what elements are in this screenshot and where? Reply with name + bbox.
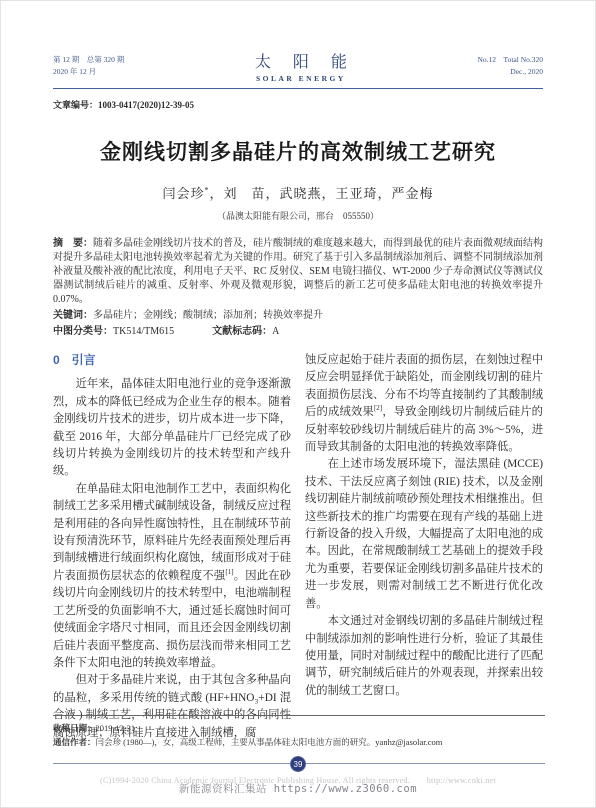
issue-number-en: No.12 Total No.320	[477, 54, 543, 66]
left-column: 0 引言 近年来，晶体硅太阳电池行业的竞争逐渐激烈，成本的降低已经成为企业生存的…	[53, 352, 291, 742]
paragraph: 蚀反应起始于硅片表面的损伤层，在刻蚀过程中反应会明显择优于缺陷处，而金刚线切割的…	[305, 352, 543, 456]
journal-title-cn: 太 阳 能	[246, 49, 356, 72]
doc-code-value: A	[272, 326, 279, 337]
coauthor-names: ，刘 苗，武晓燕，王亚琦，严金梅	[210, 186, 434, 201]
doc-code-label: 文献标志码：	[212, 326, 272, 337]
author-line: 闫会珍*，刘 苗，武晓燕，王亚琦，严金梅	[53, 183, 543, 202]
journal-title-block: 太 阳 能 SOLAR ENERGY	[246, 49, 356, 83]
received-date-value: 2019-12-31	[96, 723, 136, 733]
citation-ref-2: [2]	[374, 404, 382, 412]
clc-label: 中图分类号：	[53, 326, 113, 337]
citation-ref-1: [1]	[225, 568, 233, 576]
journal-masthead: 第 12 期 总第 320 期 2020 年 12 月 太 阳 能 SOLAR …	[53, 49, 543, 89]
corresponding-author-bio: 闫会珍 (1980—)，女，高级工程师，主要从事晶体硅太阳电池方面的研究。yan…	[96, 737, 443, 747]
section-heading-introduction: 0 引言	[53, 352, 291, 369]
issue-number-cn: 第 12 期 总第 320 期	[53, 54, 124, 66]
journal-title-en: SOLAR ENERGY	[246, 74, 356, 83]
affiliation: （晶澳太阳能有限公司，邢台 055550）	[53, 209, 543, 222]
footnote-block: 收稿日期：2019-12-31 通信作者：闫会珍 (1980—)，女，高级工程师…	[53, 715, 545, 749]
body-columns: 0 引言 近年来，晶体硅太阳电池行业的竞争逐渐激烈，成本的降低已经成为企业生存的…	[53, 352, 543, 742]
paragraph-text: 在单晶硅太阳电池制作工艺中，表面织构化制绒工艺多采用槽式碱制绒设备，制绒反应过程…	[53, 483, 291, 582]
z3060-overlay-watermark: 新能源资料汇集站 https://www.z3060.com	[1, 781, 595, 796]
paragraph: 在上述市场发展环境下，湿法黑硅 (MCCE) 技术、干法反应离子刻蚀 (RIE)…	[305, 456, 543, 613]
paragraph: 近年来，晶体硅太阳电池行业的竞争逐渐激烈，成本的降低已经成为企业生存的根本。随着…	[53, 376, 291, 480]
page-number-badge: 39	[290, 756, 306, 772]
issue-info-left: 第 12 期 总第 320 期 2020 年 12 月	[53, 54, 124, 78]
abstract: 摘 要：随着多晶硅金刚线切片技术的普及，硅片酸制绒的难度越来越大，而得到最优的硅…	[53, 237, 543, 307]
issue-date-en: Dec., 2020	[477, 66, 543, 78]
paragraph: 本文通过对金钢线切割的多晶硅片制绒过程中制绒添加剂的影响性进行分析，验证了其最佳…	[305, 613, 543, 700]
classification-row: 中图分类号：TK514/TM615文献标志码：A	[53, 325, 543, 339]
corresponding-author-label: 通信作者：	[53, 737, 96, 747]
corresponding-author-name: 闫会珍	[162, 186, 204, 201]
article-id-value: 1003-0417(2020)12-39-05	[98, 100, 194, 110]
article-id-row: 文章编号：1003-0417(2020)12-39-05	[53, 98, 543, 111]
corresponding-author-row: 通信作者：闫会珍 (1980—)，女，高级工程师，主要从事晶体硅太阳电池方面的研…	[53, 735, 545, 749]
article-id-label: 文章编号：	[53, 100, 98, 110]
issue-date-cn: 2020 年 12 月	[53, 66, 124, 78]
abstract-text: 随着多晶硅金刚线切片技术的普及，硅片酸制绒的难度越来越大，而得到最优的硅片表面微…	[53, 238, 543, 305]
clc-value: TK514/TM615	[113, 326, 174, 337]
paper-page: 第 12 期 总第 320 期 2020 年 12 月 太 阳 能 SOLAR …	[0, 0, 596, 808]
received-date-row: 收稿日期：2019-12-31	[53, 721, 545, 735]
keywords-row: 关键词：多晶硅片；金刚线；酸制绒；添加剂；转换效率提升	[53, 309, 543, 323]
received-date-label: 收稿日期：	[53, 723, 96, 733]
abstract-label: 摘 要：	[53, 238, 93, 249]
issue-info-right: No.12 Total No.320 Dec., 2020	[477, 54, 543, 78]
right-column: 蚀反应起始于硅片表面的损伤层，在刻蚀过程中反应会明显择优于缺陷处，而金刚线切割的…	[305, 352, 543, 742]
keywords-text: 多晶硅片；金刚线；酸制绒；添加剂；转换效率提升	[93, 310, 323, 321]
paragraph: 在单晶硅太阳电池制作工艺中，表面织构化制绒工艺多采用槽式碱制绒设备，制绒反应过程…	[53, 481, 291, 672]
keywords-label: 关键词：	[53, 310, 93, 321]
paragraph-text: 。因此在砂线切片向金刚线切片的技术转型中，电池端制程工艺所受的负面影响不大，通过…	[53, 570, 291, 669]
paper-title: 金刚线切割多晶硅片的高效制绒工艺研究	[53, 136, 543, 166]
